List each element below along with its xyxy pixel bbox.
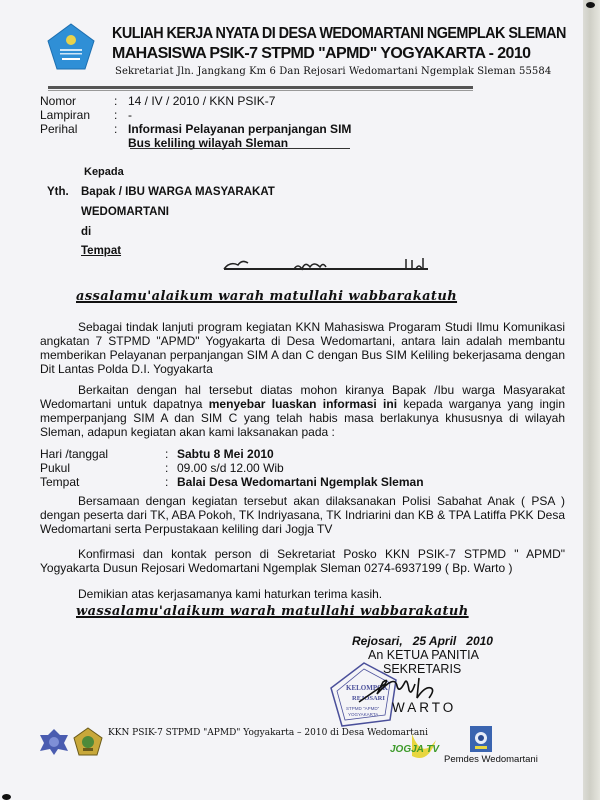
letter-meta: Nomor : 14 / IV / 2010 / KKN PSIK-7 Lamp… [40,94,351,150]
schedule-row-place: Tempat : Balai Desa Wedomartani Ngemplak… [40,475,424,489]
stamp-text-4: YOGYAKARTA [348,712,378,717]
bismillah-calligraphy-icon [216,255,436,277]
meta-colon: : [114,108,128,122]
meta-value-perihal: Informasi Pelayanan perpanjangan SIM [128,122,351,136]
schedule-row-time: Pukul : 09.00 s/d 12.00 Wib [40,461,424,475]
recipient-line1: Bapak / IBU WARGA MASYARAKAT [81,186,275,198]
meta-value-lampiran: - [128,108,132,122]
stpmd-emblem-icon [72,726,104,758]
meta-label: Perihal [40,122,114,136]
recipient-kepada: Kepada [84,166,124,178]
greeting-close: wassalamu'alaikum warah matullahi wabbar… [76,604,469,619]
meta-value-nomor: 14 / IV / 2010 / KKN PSIK-7 [128,94,275,108]
pemdes-label: Pemdes Wedomartani [444,754,538,765]
letterhead-address: Sekretariat Jln. Jangkang Km 6 Dan Rejos… [115,66,551,77]
meta-row-nomor: Nomor : 14 / IV / 2010 / KKN PSIK-7 [40,94,351,108]
recipient-line3: di [81,226,91,238]
schedule-colon: : [165,461,177,475]
paragraph-closing: Demikian atas kerjasamanya kami haturkan… [40,587,565,601]
schedule-value-time: 09.00 s/d 12.00 Wib [177,461,284,475]
recipient-line2: WEDOMARTANI [81,206,169,218]
meta-row-perihal: Perihal : Informasi Pelayanan perpanjang… [40,122,351,136]
recipient-line4: Tempat [81,245,121,257]
meta-row-lampiran: Lampiran : - [40,108,351,122]
schedule-colon: : [165,447,177,461]
schedule-colon: : [165,475,177,489]
perihal-underline [130,148,350,149]
paragraph-psa: Bersamaan dengan kegiatan tersebut akan … [40,494,565,536]
meta-label: Lampiran [40,108,114,122]
paper-scan-edge [583,0,600,800]
jogja-tv-text: JOGJA TV [390,744,440,755]
schedule-row-date: Hari /tanggal : Sabtu 8 Mei 2010 [40,447,424,461]
jogja-tv-logo-icon: JOGJA TV [388,730,448,764]
paragraph-closing-text: Demikian atas kerjasamanya kami haturkan… [78,587,382,601]
letterhead-divider [48,86,473,89]
paragraph-psa-text: Bersamaan dengan kegiatan tersebut akan … [40,494,565,536]
kkn-pentagon-logo-icon [46,22,96,72]
meta-colon: : [114,94,128,108]
pemdes-crest-icon [470,726,492,752]
meta-label [40,136,114,150]
paragraph-contact-text: Konfirmasi dan kontak person di Sekretar… [40,547,565,575]
paragraph-request-bold: menyebar luaskan informasi ini [209,397,397,411]
schedule-value-place: Balai Desa Wedomartani Ngemplak Sleman [177,475,424,489]
paragraph-intro-text: Sebagai tindak lanjuti program kegiatan … [40,320,565,376]
police-emblem-icon [38,727,70,757]
schedule-label: Hari /tanggal [40,447,165,461]
letter-page: KULIAH KERJA NYATA DI DESA WEDOMARTANI N… [0,0,583,800]
paragraph-request: Berkaitan dengan hal tersebut diatas moh… [40,383,565,439]
signature-name: WARTO [392,700,456,715]
binder-hole [586,2,595,8]
recipient-yth: Yth. [47,186,69,198]
paragraph-intro: Sebagai tindak lanjuti program kegiatan … [40,320,565,376]
greeting-open: assalamu'alaikum warah matullahi wabbara… [76,289,457,304]
letterhead-line2: MAHASISWA PSIK-7 STPMD "APMD" YOGYAKARTA… [112,45,530,63]
binder-hole [2,794,11,800]
meta-colon: : [114,122,128,136]
schedule-label: Pukul [40,461,165,475]
event-schedule: Hari /tanggal : Sabtu 8 Mei 2010 Pukul :… [40,447,424,489]
signature-place-date: Rejosari, 25 April 2010 [352,634,493,648]
paragraph-contact: Konfirmasi dan kontak person di Sekretar… [40,547,565,575]
footer-text: KKN PSIK-7 STPMD "APMD" Yogyakarta – 201… [108,728,428,738]
meta-label: Nomor [40,94,114,108]
schedule-value-date: Sabtu 8 Mei 2010 [177,447,274,461]
meta-colon [114,136,128,150]
schedule-label: Tempat [40,475,165,489]
letterhead-divider-thin [48,90,473,91]
letterhead-line1: KULIAH KERJA NYATA DI DESA WEDOMARTANI N… [112,25,566,43]
